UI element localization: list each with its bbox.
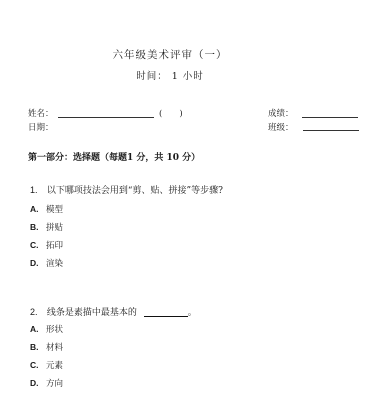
question-suffix: 。 [188,308,197,318]
name-label: 姓名： [28,107,54,119]
option-2b[interactable]: B.材料 [30,341,63,353]
question-text: 线条是素描中最基本的 [47,308,137,318]
option-2a[interactable]: A.形状 [30,323,63,335]
option-1d[interactable]: D.渲染 [30,257,63,269]
answer-blank[interactable] [144,316,188,317]
name-field-line[interactable] [58,117,154,118]
class-field-line[interactable] [303,130,359,131]
section-heading: 第一部分：选择题（每题1 分，共 10 分） [28,150,200,163]
question-1: 1. 以下哪项技法会用到“剪、贴、拼接”等步骤? [30,183,223,196]
question-2: 2. 线条是素描中最基本的 。 [30,305,197,318]
option-2d[interactable]: D.方向 [30,377,63,389]
option-1c[interactable]: C.拓印 [30,239,63,251]
exam-title: 六年级美术评审（一） [0,47,340,62]
option-1b[interactable]: B.拼贴 [30,221,63,233]
date-label: 日期： [28,121,54,133]
score-field-line[interactable] [302,117,358,118]
question-number: 1. [30,185,44,195]
class-label: 班级： [268,121,294,133]
question-number: 2. [30,307,44,317]
score-label: 成绩： [268,107,294,119]
option-2c[interactable]: C.元素 [30,359,63,371]
exam-duration: 时间： 1 小时 [0,68,340,82]
question-text: 以下哪项技法会用到“剪、贴、拼接”等步骤? [47,186,223,196]
paren-blank: ( ) [159,107,183,119]
option-1a[interactable]: A.模型 [30,203,63,215]
